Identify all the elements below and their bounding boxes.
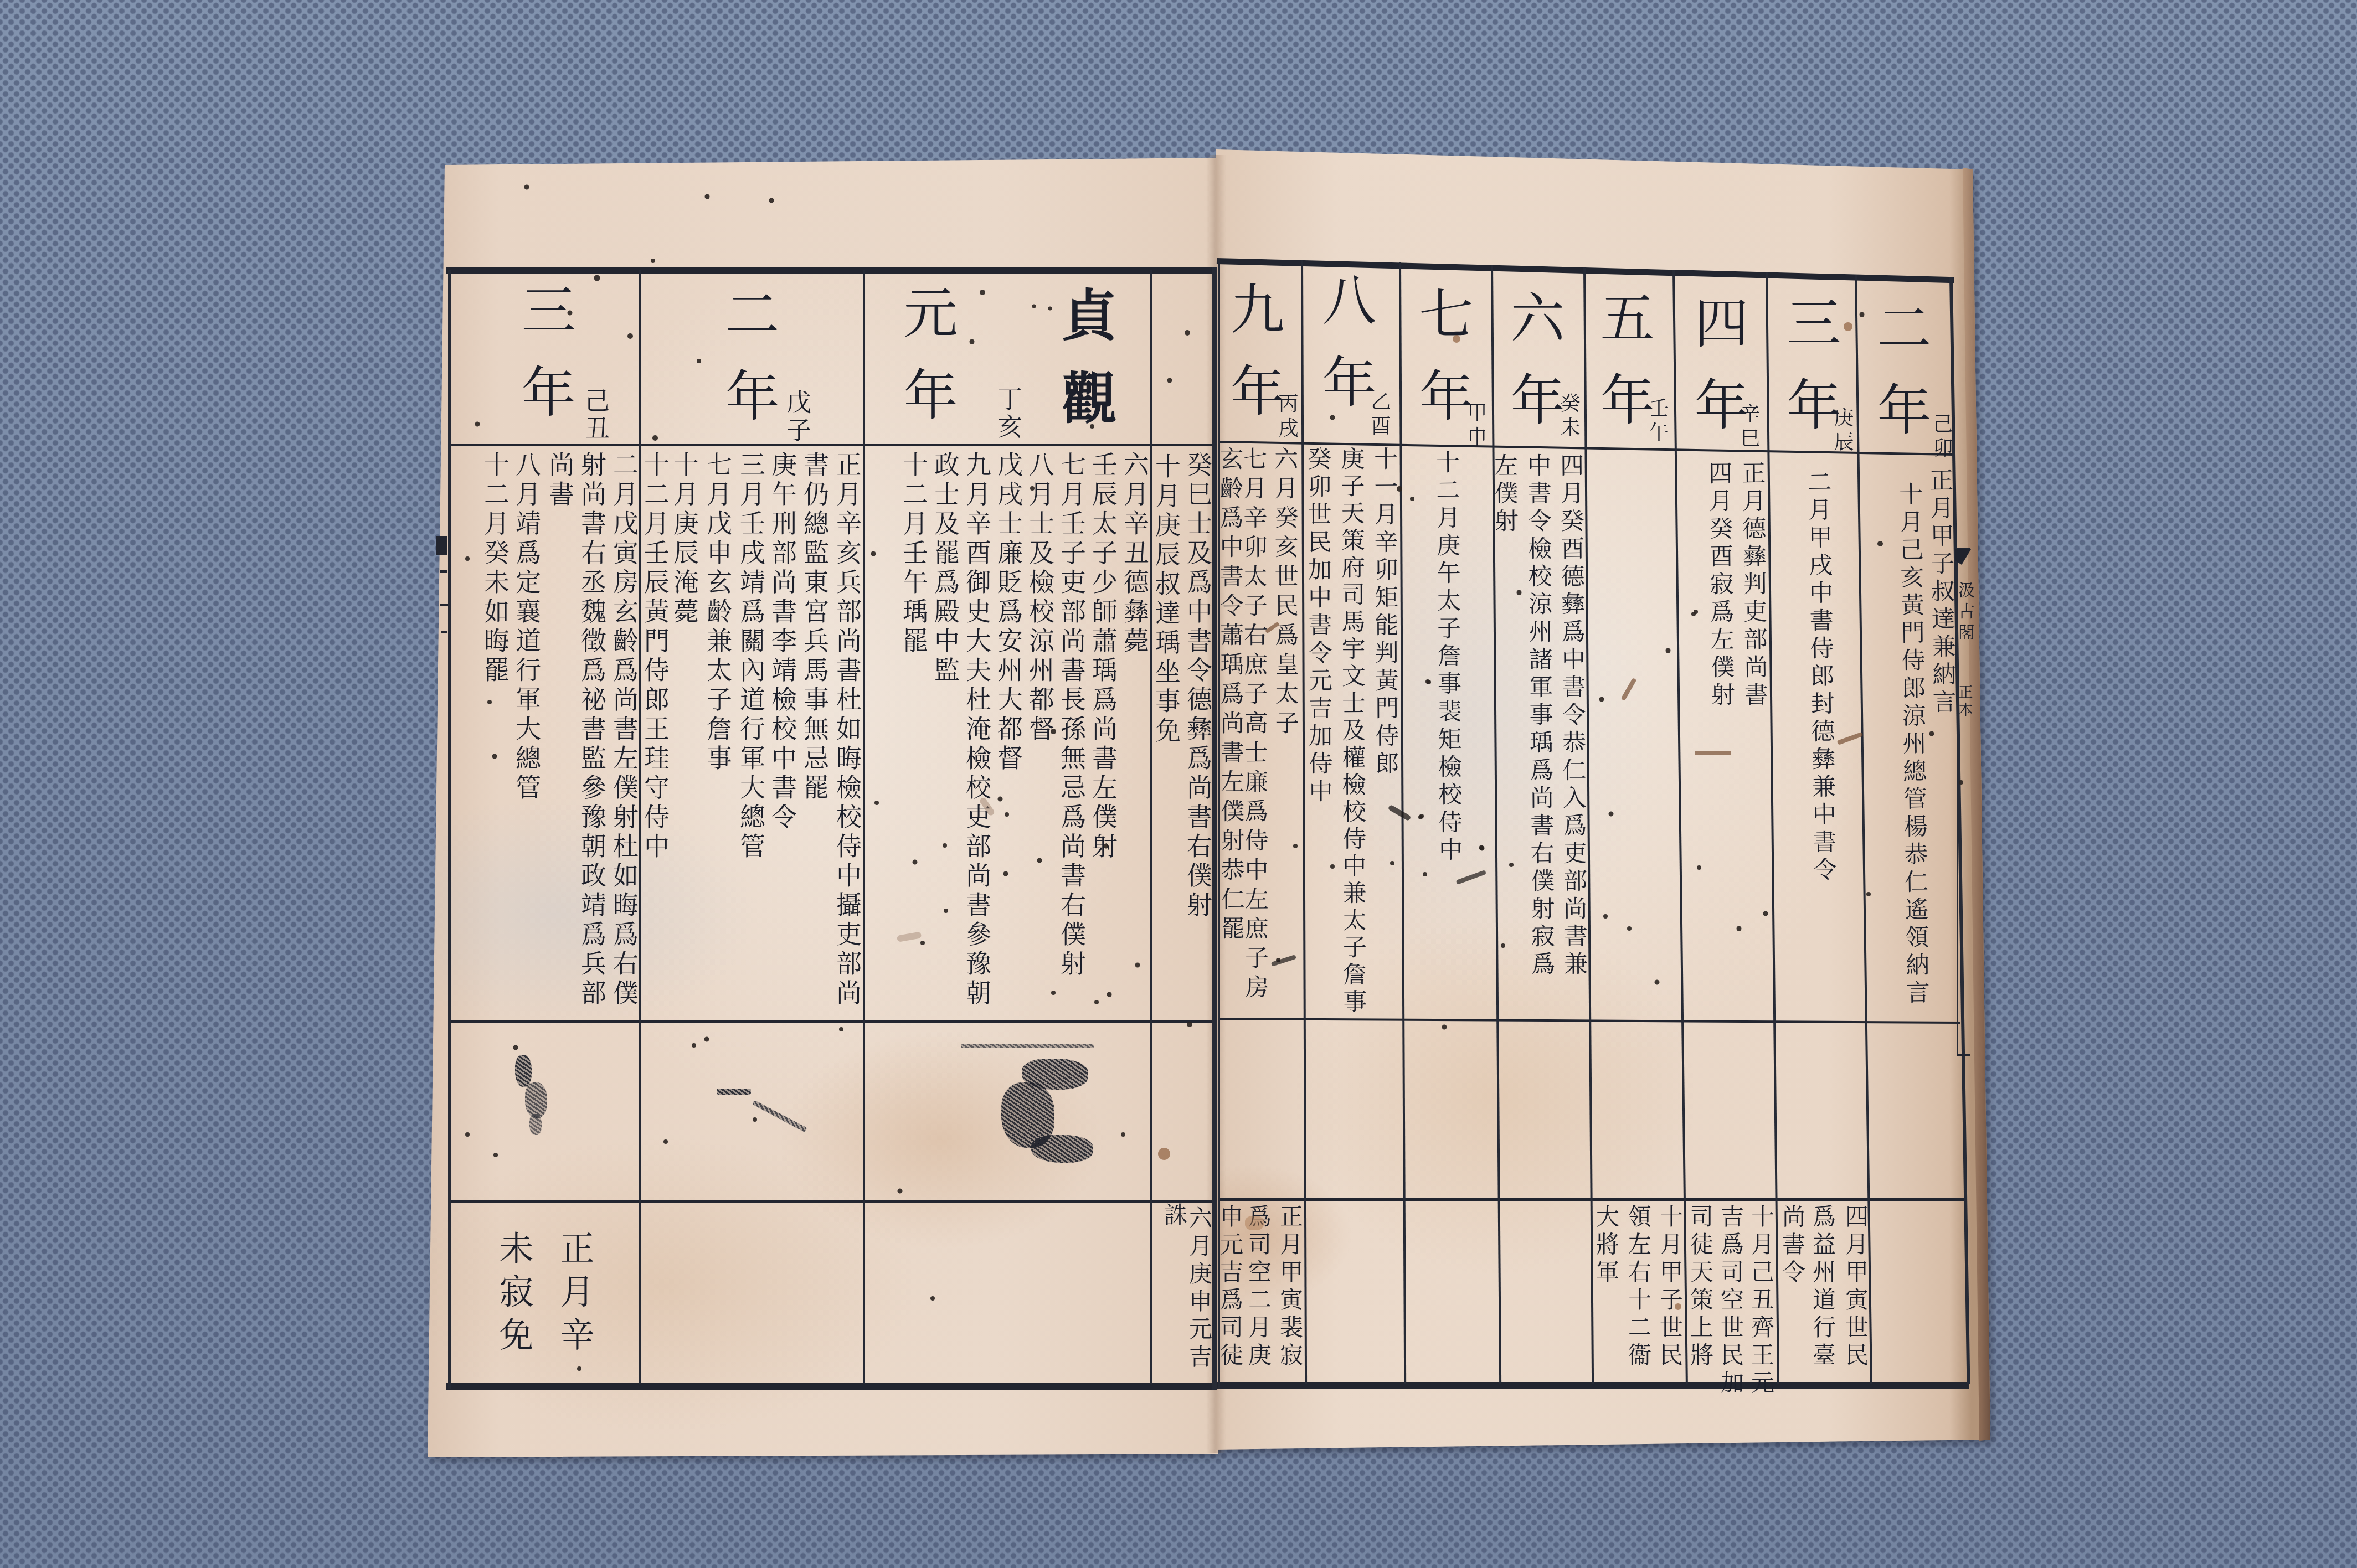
lower-entry-line: 大將軍 [1592,1204,1620,1287]
wormhole [1442,1025,1447,1030]
stain-spot [1453,335,1460,343]
wormhole [753,1117,757,1122]
lower-entry-line: 爲益州道行臺 [1808,1204,1837,1370]
wormhole [1090,424,1094,429]
lower-entry-line: 六月庚申元吉 [1185,1206,1213,1372]
wormhole [1397,486,1402,492]
wormhole [1763,911,1768,916]
ink-smudge [529,1114,542,1135]
year-heading: 五年 [1594,290,1651,453]
wormhole [943,843,947,848]
wormhole [1094,1000,1099,1004]
photo-scene: 汲古閣 正本 二年 己卯 三年 庚辰 四年 辛巳 五年 壬午 六年 癸未 七年 … [0,0,2357,1568]
wormhole [1135,963,1140,968]
ink-smudge [515,1055,532,1087]
year-heading: 八年 [1316,272,1373,436]
ganzhi-label: 乙酉 [1367,391,1391,440]
wormhole [1185,330,1190,336]
entry-line: 癸卯世民加中書令元吉加侍中 [1303,446,1334,806]
ink-smudge [1031,1135,1093,1163]
wormhole [568,311,573,316]
ganzhi-label: 丁亥 [994,386,1021,441]
wormhole [1423,872,1427,876]
lower-entry-line: 誅 [1160,1203,1188,1230]
entry-line: 書仍總監東宮兵馬事無忌罷 [800,451,830,803]
label-box-bottom [1957,1054,1970,1056]
wormhole [1390,861,1394,865]
ganzhi-label: 己卯 [1929,413,1953,462]
entry-line: 十二月壬午瑀罷 [899,451,929,657]
entry-line: 六月癸亥世民爲皇太子 [1269,446,1300,740]
entry-line: 癸巳士及爲中書令德彝爲尚書右僕射 [1183,451,1213,921]
worm-trail [1245,1216,1264,1230]
wormhole [980,290,985,295]
wormhole [1032,305,1036,308]
ganzhi-label: 己丑 [581,388,609,443]
entry-line: 正月辛亥兵部尚書杜如晦檢校侍中攝吏部尚 [832,451,862,1009]
stain-spot [1158,1148,1170,1160]
open-book [0,0,2357,1568]
wormhole [1509,863,1514,867]
wormhole [898,1189,903,1194]
entry-line: 玄齡爲中書令蕭瑀爲尚書左僕射恭仁罷 [1214,446,1246,945]
year-heading: 三年 [515,282,573,446]
entry-line: 中書令檢校涼州諸軍事瑀爲尚書右僕射寂爲 [1522,453,1556,979]
wormhole [1104,844,1109,849]
year-heading: 七年 [1413,286,1470,450]
lower-entry-line: 十月甲子世民 [1655,1204,1684,1370]
wormhole [970,339,975,344]
year-heading: 二年 [1871,300,1928,463]
stain-spot [1675,1303,1681,1310]
band-rule-left-1 [450,1020,1214,1023]
ganzhi-label: 癸未 [1556,393,1581,441]
ganzhi-label: 丙戌 [1274,393,1299,442]
era-heading: 貞觀 [1056,286,1114,452]
wormhole [871,551,876,556]
wormhole [465,1132,470,1137]
top-rule-left [446,267,1217,274]
wormhole [1877,541,1883,546]
lower-entry-line: 十月己丑齊王元 [1747,1204,1776,1398]
entry-line: 四月癸酉寂爲左僕射 [1704,461,1736,710]
wormhole [1866,892,1871,896]
wormhole [839,1027,843,1031]
wormhole [1959,780,1963,785]
entry-line: 十月庚辰叔達瑀坐事免 [1151,453,1181,746]
entry-line: 左僕射 [1489,453,1520,536]
wormhole [1187,1022,1192,1027]
wormhole [1005,812,1009,817]
wormhole [594,275,600,281]
wormhole [465,556,470,561]
lower-entry-line: 未寂免 [493,1230,533,1360]
entry-line: 十月庚辰淹薨 [670,451,699,627]
wormhole [493,1153,498,1157]
wormhole [1107,992,1112,997]
wormhole [930,1296,935,1301]
wormhole [513,1045,518,1050]
lower-entry-line: 尚書令 [1778,1204,1807,1287]
wormhole [663,1139,668,1144]
entry-line: 七月壬子吏部尚書長孫無忌爲尚書右僕射 [1057,451,1087,979]
wormhole [652,435,658,441]
wormhole [1517,590,1522,595]
lower-entry-line: 正月辛 [554,1230,594,1360]
ganzhi-label: 壬午 [1645,398,1669,446]
entry-line: 政士及罷爲殿中監 [930,451,960,686]
wormhole [1666,648,1671,653]
wormhole [1051,991,1056,995]
worm-trail [1695,751,1731,755]
entry-line: 射尚書右丞魏徵爲祕書監參豫朝政靖爲兵部 [577,451,607,1009]
entry-line: 十二月癸未如晦罷 [480,451,510,686]
wormhole [1121,1132,1125,1137]
wormhole [874,801,879,805]
entry-line: 庚子天策府司馬宇文士及權檢校侍中兼太子詹事 [1336,446,1368,1016]
wormhole [998,797,1003,802]
lower-entry-line: 正月甲寅裴寂 [1275,1204,1304,1370]
lower-entry-line: 吉爲司空世民加 [1716,1204,1745,1398]
year-heading: 二年 [719,286,776,450]
wormhole [577,1366,581,1371]
entry-line: 七月戊申玄齡兼太子詹事 [703,451,733,774]
fold-mark [441,631,447,633]
wormhole [1030,486,1035,491]
entry-line: 四月癸酉德彝爲中書令恭仁入爲吏部尚書兼 [1555,453,1589,979]
wormhole [1737,926,1742,931]
edition-label: 汲古閣 [1954,581,1974,644]
year-heading: 元年 [897,285,955,448]
wormhole [1929,731,1934,736]
entry-line: 壬辰太子少師蕭瑀爲尚書左僕射 [1088,451,1118,862]
year-heading: 九年 [1224,281,1282,445]
wormhole [697,359,701,363]
wormhole [1330,864,1335,869]
ink-smudge [717,1089,751,1095]
wormhole [1479,845,1484,850]
wormhole [1051,729,1056,734]
entry-line: 正月甲子叔達兼納言 [1924,468,1958,718]
wormhole [1501,943,1505,948]
ink-smudge [525,1082,547,1118]
column-divider [863,270,865,1384]
wormhole [1691,612,1696,616]
stain-spot [1844,322,1852,331]
column-divider [1150,270,1152,1384]
entry-line: 正月德彝判吏部尚書 [1737,461,1769,710]
lower-entry-line: 司徒天策上將 [1686,1204,1715,1370]
wormhole [1003,871,1008,876]
wormhole [1627,926,1632,931]
wormhole [1330,415,1335,420]
lower-entry-line: 申元吉爲司徒 [1216,1204,1244,1370]
wormhole [475,422,480,427]
entry-line: 三月壬戌靖爲關內道行軍大總管 [736,451,766,862]
fold-mark [440,604,448,606]
wormhole [920,941,925,945]
wormhole [692,1043,696,1048]
ganzhi-label: 庚辰 [1830,407,1854,456]
entry-line: 十一月辛卯矩能判黃門侍郎 [1369,446,1401,778]
lower-entry-line: 領左右十二衞 [1624,1204,1653,1370]
wormhole [704,1037,709,1042]
wormhole [1425,679,1430,684]
wormhole [913,860,918,865]
wormhole [487,700,492,704]
entry-line: 二月甲戌中書侍郎封德彝兼中書令 [1803,470,1838,885]
lower-entry-line: 四月甲寅世民 [1841,1204,1870,1370]
entry-line: 十二月庚午太子詹事裴矩檢校侍中 [1431,450,1464,865]
wormhole [1697,865,1701,870]
wormhole [651,259,655,263]
left-page [0,0,2357,1568]
band-rule-left-2 [450,1200,1214,1203]
wormhole [492,754,497,759]
ganzhi-label: 甲申 [1463,402,1488,451]
fold-mark [440,570,447,573]
wormhole [1410,497,1414,501]
wormhole [1603,914,1608,919]
wormhole [1860,312,1865,317]
wormhole [1609,812,1614,817]
wormhole [944,909,948,913]
entry-line: 十二月壬辰黃門侍郎王珪守侍中 [640,451,670,862]
ganzhi-label: 辛巳 [1736,403,1761,452]
wormhole [1293,844,1298,848]
wormhole [705,194,710,199]
wormhole [1655,980,1660,985]
left-border [448,270,451,1389]
wormhole [1048,307,1052,311]
entry-line: 尚書 [545,451,575,510]
ink-smudge [961,1044,1094,1048]
wormhole [1167,378,1172,383]
entry-line: 八月士及檢校涼州都督 [1025,451,1055,745]
wormhole [1418,815,1423,819]
wormhole [524,185,529,190]
wormhole [1037,858,1042,863]
label-box-top [1957,548,1970,549]
wormhole [1599,697,1604,702]
year-heading: 六年 [1504,290,1562,453]
entry-line: 八月靖爲定襄道行軍大總管 [512,451,542,803]
entry-line: 戊戌士廉貶爲安州大都督 [994,451,1023,774]
fold-mark [436,536,447,555]
bottom-rule-left [446,1383,1217,1390]
entry-line: 六月辛丑德彝薨 [1120,451,1150,657]
entry-line: 九月辛酉御史大夫杜淹檢校吏部尚書參豫朝 [962,451,992,1009]
wormhole [627,333,633,339]
wormhole [769,198,774,203]
entry-line: 庚午刑部尚書李靖檢校中書令 [768,451,797,833]
ganzhi-label: 戊子 [783,389,810,445]
entry-line: 二月戊寅房玄齡爲尚書左僕射杜如晦爲右僕 [609,451,639,1009]
